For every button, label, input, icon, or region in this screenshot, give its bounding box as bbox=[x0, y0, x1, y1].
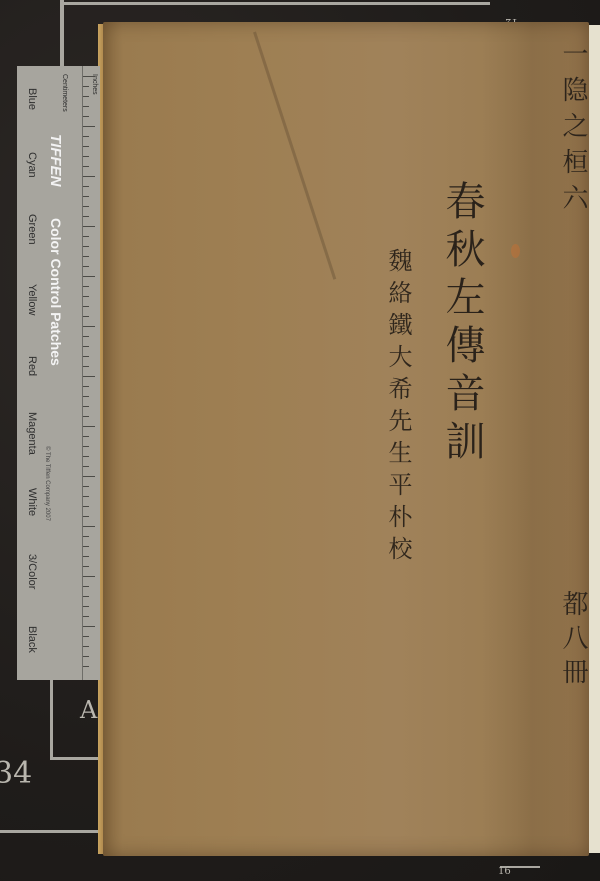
ruler-tick bbox=[83, 596, 89, 597]
ruler-tick bbox=[83, 476, 95, 477]
ruler-tick bbox=[83, 416, 89, 417]
cover-crease bbox=[253, 32, 336, 280]
ruler-tick bbox=[83, 156, 89, 157]
patch-label-yellow: Yellow bbox=[26, 284, 38, 315]
ruler-tick bbox=[83, 546, 89, 547]
patch-label-blue: Blue bbox=[26, 88, 38, 110]
ruler-tick bbox=[83, 436, 89, 437]
ruler-tick bbox=[83, 336, 89, 337]
ruler-tick bbox=[83, 226, 95, 227]
ruler-tick bbox=[83, 236, 89, 237]
patch-label-magenta: Magenta bbox=[26, 412, 38, 455]
ruler-tick bbox=[83, 296, 89, 297]
ruler-tick bbox=[83, 536, 89, 537]
ruler-tick bbox=[83, 276, 95, 277]
bg-line bbox=[50, 680, 53, 760]
chart-product: Color Control Patches bbox=[48, 218, 64, 366]
ruler-tick bbox=[83, 486, 89, 487]
ruler-tick bbox=[83, 506, 89, 507]
ruler-tick bbox=[83, 106, 89, 107]
ruler-tick bbox=[83, 526, 95, 527]
ruler-tick bbox=[83, 316, 89, 317]
ruler-tick bbox=[83, 256, 89, 257]
ruler-tick bbox=[83, 76, 95, 77]
ruler-tick bbox=[83, 176, 95, 177]
ruler-tick bbox=[83, 516, 89, 517]
ruler-tick bbox=[83, 446, 89, 447]
ruler-tick bbox=[83, 496, 89, 497]
ruler-tick bbox=[83, 466, 89, 467]
ruler-tick bbox=[83, 136, 89, 137]
volume-label: 一隐之桓六 bbox=[548, 40, 592, 220]
ruler-tick bbox=[83, 606, 89, 607]
set-count-label: 都八冊 bbox=[552, 590, 592, 692]
bg-line bbox=[50, 757, 102, 760]
ruler-tick bbox=[83, 366, 89, 367]
chart-copyright: © The Tiffen Company 2007 bbox=[44, 446, 50, 521]
ruler-tick bbox=[83, 186, 89, 187]
ruler-tick bbox=[83, 656, 89, 657]
ruler-tick bbox=[83, 346, 89, 347]
ruler-tick bbox=[83, 646, 89, 647]
ruler-tick bbox=[83, 126, 95, 127]
ruler-tick bbox=[83, 406, 89, 407]
ruler-tick bbox=[83, 206, 89, 207]
ruler-tick bbox=[83, 146, 89, 147]
ruler-tick bbox=[83, 216, 89, 217]
ruler-tick bbox=[83, 666, 89, 667]
book-subtitle: 魏絡鐵大希先生平朴校 bbox=[382, 248, 416, 568]
ruler-tick bbox=[83, 566, 89, 567]
patch-label-white: White bbox=[26, 488, 38, 516]
ruler-tick bbox=[83, 196, 89, 197]
ruler-tick bbox=[83, 456, 89, 457]
bg-number-bottom: 16 bbox=[498, 866, 511, 877]
chart-brand: TIFFEN bbox=[47, 134, 64, 187]
ruler-tick bbox=[83, 376, 95, 377]
ruler-tick bbox=[83, 246, 89, 247]
ruler-tick bbox=[83, 266, 89, 267]
bg-line bbox=[60, 2, 490, 5]
ruler-tick bbox=[83, 166, 89, 167]
ruler-tick bbox=[83, 586, 89, 587]
ruler-tick bbox=[83, 636, 89, 637]
bg-letter-a: A bbox=[80, 696, 97, 724]
bg-line bbox=[60, 0, 64, 70]
ruler-unit-cm: Centimeters bbox=[61, 74, 68, 112]
ruler bbox=[82, 66, 101, 680]
ruler-tick bbox=[83, 306, 89, 307]
ruler-tick bbox=[83, 626, 95, 627]
ruler-tick bbox=[83, 86, 89, 87]
ruler-tick bbox=[83, 116, 89, 117]
patch-label-green: Green bbox=[26, 214, 38, 245]
bg-number-34: 34 bbox=[0, 756, 32, 791]
ruler-tick bbox=[83, 616, 89, 617]
ruler-tick bbox=[83, 426, 95, 427]
bg-line bbox=[0, 830, 100, 833]
ruler-tick bbox=[83, 576, 95, 577]
ruler-tick bbox=[83, 556, 89, 557]
ruler-tick bbox=[83, 396, 89, 397]
patch-label-black: Black bbox=[26, 626, 38, 653]
ruler-tick bbox=[83, 96, 89, 97]
ruler-tick bbox=[83, 286, 89, 287]
ruler-tick bbox=[83, 356, 89, 357]
patch-label-cyan: Cyan bbox=[26, 152, 38, 178]
patch-label-red: Red bbox=[26, 356, 38, 376]
patch-label-3color: 3/Color bbox=[26, 554, 38, 589]
book-title: 春秋左傳音訓 bbox=[430, 180, 490, 468]
ruler-tick bbox=[83, 326, 95, 327]
ruler-tick bbox=[83, 386, 89, 387]
